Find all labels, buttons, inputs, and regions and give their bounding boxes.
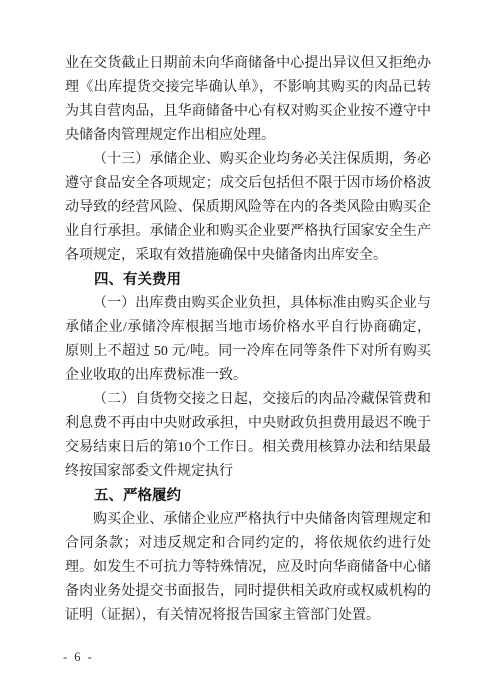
document-body: 业在交货截止日期前未向华商储备中心提出异议但又拒绝办理《出库提货交接完毕确认单》… [65, 52, 431, 628]
document-page: 业在交货截止日期前未向华商储备中心提出异议但又拒绝办理《出库提货交接完毕确认单》… [0, 0, 494, 700]
paragraph-strict-performance: 购买企业、承储企业应严格执行中央储备肉管理规定和合同条款；对违反规定和合同约定的… [65, 508, 431, 628]
paragraph-fee-2: （二）自货物交接之日起，交接后的肉品冷藏保管费和利息费不再由中央财政承担，中央财… [65, 388, 431, 484]
page-number: - 6 - [63, 650, 94, 665]
section-heading-fees: 四、有关费用 [65, 268, 431, 292]
paragraph-continued: 业在交货截止日期前未向华商储备中心提出异议但又拒绝办理《出库提货交接完毕确认单》… [65, 52, 431, 148]
paragraph-fee-1: （一）出库费由购买企业负担，具体标准由购买企业与承储企业/承储冷库根据当地市场价… [65, 292, 431, 388]
section-heading-strict-performance: 五、严格履约 [65, 484, 431, 508]
paragraph-item-13: （十三）承储企业、购买企业均务必关注保质期，务必遵守食品安全各项规定；成交后包括… [65, 148, 431, 268]
